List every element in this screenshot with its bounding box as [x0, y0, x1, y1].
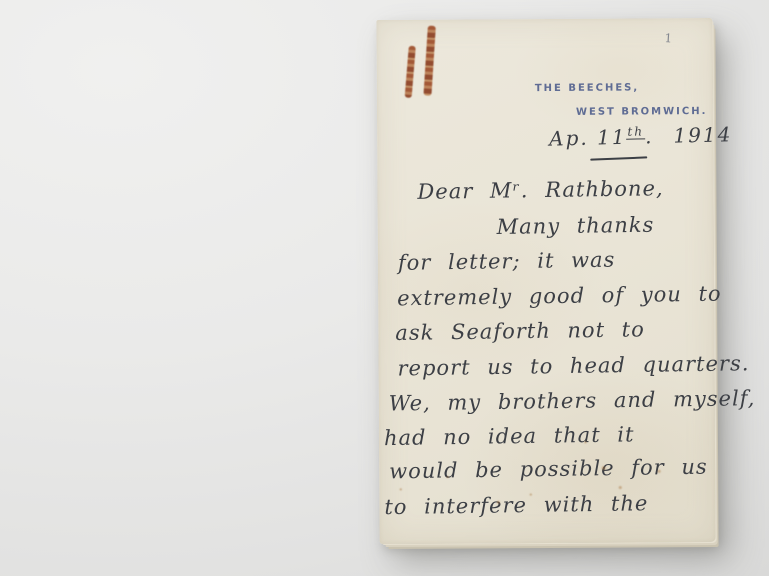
handwritten-line: extremely good of you to — [397, 282, 722, 311]
foxing-spot — [446, 476, 449, 479]
foxing-spot — [584, 441, 587, 444]
rust-stain-right — [423, 26, 435, 96]
foxing-spot — [657, 469, 661, 473]
rust-stain-left — [405, 46, 416, 98]
foxing-spot — [399, 488, 402, 491]
letterhead-line2: WEST BROMWICH. — [576, 106, 707, 118]
date-day: Ap. 11 — [549, 125, 627, 151]
foxing-spot — [529, 493, 532, 496]
photo-background: 1 THE BEECHES, WEST BROMWICH. Ap. 11th.1… — [0, 0, 769, 576]
foxing-spot — [496, 500, 500, 504]
handwritten-line: had no idea that it — [384, 422, 635, 450]
date-line: Ap. 11th.1914 — [549, 122, 733, 150]
handwritten-line: to interfere with the — [384, 491, 648, 519]
date-year: 1914 — [673, 122, 732, 147]
letterhead-line1: THE BEECHES, — [535, 82, 639, 94]
foxing-spot — [601, 466, 606, 471]
date-underline — [590, 156, 647, 160]
foxing-spot — [618, 486, 622, 490]
handwritten-line: We, my brothers and myself, — [389, 386, 756, 415]
handwritten-line: for letter; it was — [398, 248, 616, 275]
page-number: 1 — [664, 31, 673, 45]
handwritten-line: ask Seaforth not to — [395, 317, 645, 345]
handwritten-line: report us to head quarters. — [397, 351, 749, 380]
letter-page: 1 THE BEECHES, WEST BROMWICH. Ap. 11th.1… — [376, 18, 715, 544]
date-ordinal-suffix: th — [626, 124, 645, 139]
handwritten-line: Dear Mʳ. Rathbone, — [417, 176, 663, 204]
date-period: . — [645, 124, 654, 148]
handwritten-line: Many thanks — [496, 213, 654, 239]
